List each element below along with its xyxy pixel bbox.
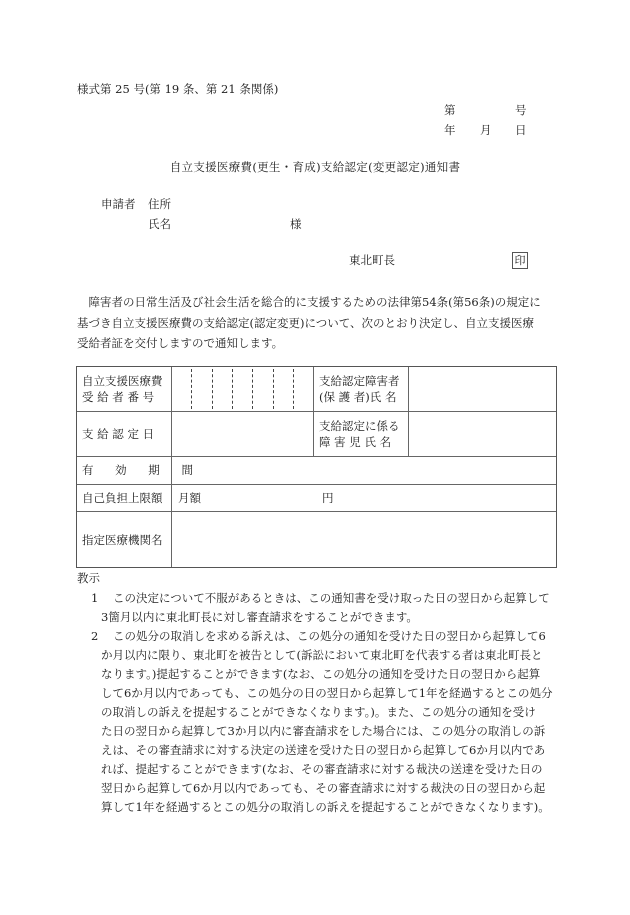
certificate-table: 自立支援医療費 受 給 者 番 号 支給認定障害者 (保 護 者)氏 名 支 給…	[76, 366, 557, 568]
instruction-line: の取消しの訴えを提起することができなくなります。)。また、この処分の通知を受け	[91, 703, 561, 722]
instruction-line: して6か月以内であっても、この処分の日の翌日から起算して1年を経過するとこの処分	[91, 684, 561, 703]
institution-label: 指定医療機関名	[82, 532, 163, 548]
honorific: 様	[290, 219, 302, 231]
body-line: 障害者の日常生活及び社会生活を総合的に支援するための法律第54条(第56条)の規…	[77, 292, 557, 313]
label-line: 支給認定障害者	[319, 373, 400, 389]
instruction-line: えは、その審査請求に対する決定の送達を受けた日の翌日から起算して6か月以内であ	[91, 741, 561, 760]
instruction-line: この処分の取消しを求める訴えは、この処分の通知を受けた日の翌日から起算して6	[91, 627, 561, 646]
patient-name-label: 支給認定障害者 (保 護 者)氏 名	[319, 373, 400, 405]
label-line: 障 害 児 氏 名	[319, 434, 400, 450]
label-line: 受 給 者 番 号	[82, 389, 163, 405]
label-line: 自立支援医療費	[82, 373, 163, 389]
child-name-label: 支給認定に係る 障 害 児 氏 名	[319, 418, 400, 450]
instruction-line: この決定について不服があるときは、この通知書を受け取った日の翌日から起算して	[91, 589, 561, 608]
recipient-number-label: 自立支援医療費 受 給 者 番 号	[82, 373, 163, 405]
name-label: 氏名	[148, 219, 171, 231]
recipient-number-field[interactable]	[172, 367, 313, 411]
seal-icon: 印	[512, 252, 528, 269]
body-line: 受給者証を交付しますので通知します。	[77, 333, 557, 354]
patient-name-field[interactable]	[409, 367, 556, 411]
date-month-label: 月	[480, 125, 492, 137]
copay-monthly-label: 月額	[178, 490, 201, 506]
copay-unit: 円	[322, 490, 334, 506]
issuer-name: 東北町長	[349, 255, 395, 267]
label-line: (保 護 者)氏 名	[319, 389, 400, 405]
instructions-list: 1 この決定について不服があるときは、この通知書を受け取った日の翌日から起算して…	[91, 589, 561, 817]
copay-label: 自己負担上限額	[82, 490, 163, 506]
row-divider	[77, 484, 556, 485]
instruction-number: 2	[91, 627, 98, 646]
instruction-line: 算して1年を経過するとこの処分の取消しの訴えを提起することができなくなります)。	[91, 798, 561, 817]
body-line: 基づき自立支援医療費の支給認定(認定変更)について、次のとおり決定し、自立支援医…	[77, 313, 557, 334]
approval-date-label: 支 給 認 定 日	[82, 426, 154, 442]
institution-field[interactable]	[172, 512, 556, 567]
instruction-line: か月以内に限り、東北町を被告として(訴訟において東北町を代表する者は東北町長と	[91, 646, 561, 665]
approval-date-field[interactable]	[172, 412, 313, 456]
instruction-item: 2 この処分の取消しを求める訴えは、この処分の通知を受けた日の翌日から起算して6…	[91, 627, 561, 817]
address-label: 住所	[148, 199, 171, 211]
document-number-suffix: 号	[515, 105, 527, 117]
instruction-line: た日の翌日から起算して3か月以内に審査請求をした場合には、この処分の取消しの訴	[91, 722, 561, 741]
instruction-line: なります。)提起することができます(なお、この処分の通知を受けた日の翌日から起算	[91, 665, 561, 684]
instruction-line: 3箇月以内に東北町長に対し審査請求をすることができます。	[91, 608, 561, 627]
child-name-field[interactable]	[409, 412, 556, 456]
form-id: 様式第 25 号(第 19 条、第 21 条関係)	[77, 84, 278, 96]
document-title: 自立支援医療費(更生・育成)支給認定(変更認定)通知書	[0, 162, 630, 174]
validity-field[interactable]	[172, 457, 556, 484]
instruction-number: 1	[91, 589, 98, 608]
label-line: 支給認定に係る	[319, 418, 400, 434]
date-day-label: 日	[515, 125, 527, 137]
instruction-line: 翌日から起算して6か月以内であっても、その審査請求に対する裁決の日の翌日から起	[91, 779, 561, 798]
instruction-line: れば、提起することができます(なお、その審査請求に対する裁決の送達を受けた日の	[91, 760, 561, 779]
date-year-label: 年	[444, 125, 456, 137]
applicant-label: 申請者	[101, 199, 136, 211]
column-divider	[313, 367, 314, 456]
instruction-item: 1 この決定について不服があるときは、この通知書を受け取った日の翌日から起算して…	[91, 589, 561, 627]
instructions-heading: 教示	[77, 573, 100, 585]
body-paragraph: 障害者の日常生活及び社会生活を総合的に支援するための法律第54条(第56条)の規…	[77, 292, 557, 354]
document-number-prefix: 第	[444, 105, 456, 117]
